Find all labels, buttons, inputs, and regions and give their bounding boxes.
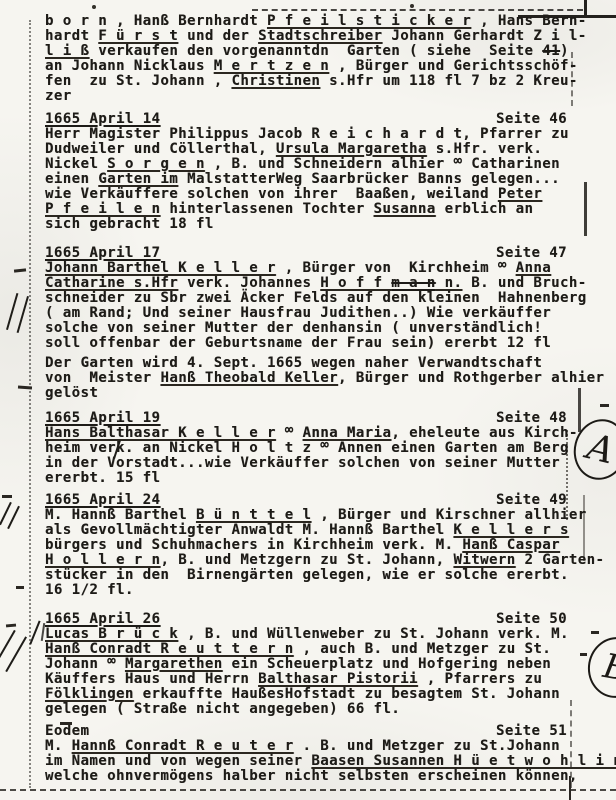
text-line: stücker in den Birnengärten gelegen, wie… xyxy=(45,568,593,583)
page-number-reference: Seite 51 xyxy=(496,724,567,739)
text-run: , B. und Wüllenweber zu St. Johann verk.… xyxy=(178,626,569,642)
text-line: im Namen und von wegen seiner Baasen Sus… xyxy=(45,754,593,769)
underlined-name: B ü n t t e l xyxy=(196,507,311,523)
text-run: soll offenbar der Geburtsname der Frau s… xyxy=(45,335,551,351)
text-run: , B. und Schneidern alhier xyxy=(205,156,454,172)
text-run: . B. und Metzger zu St.Johann xyxy=(294,738,560,754)
underlined-name: Hanß Theobald Keller xyxy=(160,370,338,386)
text-line: P f e i l e n hinterlassenen Tochter Sus… xyxy=(45,202,593,217)
text-line: welche ohnvermögens halber nicht selbste… xyxy=(45,769,593,784)
text-run: von Meister xyxy=(45,370,160,386)
underlined-name: H o f f xyxy=(320,275,391,291)
text-run: Nickel xyxy=(45,156,107,172)
underlined-name: Margarethen xyxy=(125,656,223,672)
text-run: 16 1/2 fl. xyxy=(45,582,134,598)
text-run: einen xyxy=(45,171,98,187)
underlined-name: F ü r s t xyxy=(98,28,178,44)
underlined-name: H o l l e r n xyxy=(45,552,160,568)
typewritten-text-block: b o r n , Hanß Bernhardt P f e i l s t i… xyxy=(45,14,593,784)
text-run xyxy=(294,425,303,441)
text-run: hardt xyxy=(45,28,98,44)
text-line: gelegen ( Straße nicht angegeben) 66 fl. xyxy=(45,702,593,717)
text-run: fen zu St. Johann , xyxy=(45,73,231,89)
text-run: s.Hfr. verk. xyxy=(427,141,542,157)
underlined-name: M e r t z e n xyxy=(214,58,329,74)
text-run: Johann Gerhardt Z i l- xyxy=(382,28,586,44)
text-line: Johann Barthel K e l l e r , Bürger von … xyxy=(45,261,593,276)
entry-seite-47-addendum: Der Garten wird 4. Sept. 1665 wegen nahe… xyxy=(45,356,593,401)
underlined-name: n. xyxy=(436,275,463,291)
text-run: solche von seiner Mutter der denhansin (… xyxy=(45,320,542,336)
scanned-document-page: b o r n , Hanß Bernhardt P f e i l s t i… xyxy=(0,0,616,800)
entry-seite-51: EodemSeite 51M. Hannß Conradt R e u t e … xyxy=(45,724,593,784)
entry-date: 1665 April 17 xyxy=(45,246,160,261)
text-run: sich gebracht 18 fl xyxy=(45,216,214,232)
underlined-name: Christinen xyxy=(231,73,320,89)
underlined-name: Hannß Conradt R e u t e r xyxy=(72,738,294,754)
underlined-name: P f e i l e n xyxy=(45,201,160,217)
handwritten-dash xyxy=(60,722,72,725)
text-line: b o r n , Hanß Bernhardt P f e i l s t i… xyxy=(45,14,593,29)
text-line: Fölklingen erkauffte HaußesHofstadt zu b… xyxy=(45,687,593,702)
text-line: heim verk. an Nickel H o l t z ∞ Annen e… xyxy=(45,441,593,456)
text-run: M. xyxy=(45,738,72,754)
text-line: in der Vorstadt...wie Verkäuffer solchen… xyxy=(45,456,593,471)
entry-seite-48: 1665 April 19Seite 48Hans Balthasar K e … xyxy=(45,411,593,486)
text-line: sich gebracht 18 fl xyxy=(45,217,593,232)
entry-header-line: EodemSeite 51 xyxy=(45,724,593,739)
text-line: an Johann Nicklaus M e r t z e n , Bürge… xyxy=(45,59,593,74)
handwritten-double-stroke-mark xyxy=(0,630,27,672)
text-line: ererbt. 15 fl xyxy=(45,471,593,486)
text-line: hardt F ü r s t und der Stadtschreiber J… xyxy=(45,29,593,44)
underlined-name: Garten im xyxy=(98,171,178,187)
text-run: bürgers und Schuhmachers in Kirchheim ve… xyxy=(45,537,462,553)
underlined-name: Balthasar Pistorii xyxy=(258,671,418,687)
entry-date: 1665 April 19 xyxy=(45,411,160,426)
text-run: und der xyxy=(178,28,258,44)
text-run: B. und Bruch- xyxy=(462,275,586,291)
text-line: solche von seiner Mutter der denhansin (… xyxy=(45,321,593,336)
text-run: Catharinen xyxy=(462,156,560,172)
text-line: gelöst xyxy=(45,386,593,401)
text-line: H o l l e r n, B. und Metzgern zu St. Jo… xyxy=(45,553,593,568)
marriage-symbol: ∞ xyxy=(453,154,462,169)
text-line: Catharine s.Hfr verk. Johannes H o f f m… xyxy=(45,276,593,291)
circled-letter-b-text: B xyxy=(600,646,616,690)
handwritten-dash xyxy=(2,495,12,498)
underlined-name: Ursula Margaretha xyxy=(276,141,427,157)
entry-header-line: 1665 April 17Seite 47 xyxy=(45,246,593,261)
text-line: Hanß Conradt R e u t t e r n , auch B. u… xyxy=(45,642,593,657)
text-run: Käuffers Haus und Herrn xyxy=(45,671,258,687)
text-line: soll offenbar der Geburtsname der Frau s… xyxy=(45,336,593,351)
text-run: , Bürger und Kirschner allhier xyxy=(311,507,586,523)
underlined-name: Johann Barthel K e l l e r xyxy=(45,260,276,276)
text-run xyxy=(276,425,285,441)
top-edge-dashed-line xyxy=(252,9,583,11)
underlined-name: Witwern xyxy=(453,552,515,568)
text-line: Der Garten wird 4. Sept. 1665 wegen nahe… xyxy=(45,356,593,371)
bottom-edge-dashed-line xyxy=(0,789,616,791)
text-run: 2 Garten- xyxy=(516,552,605,568)
underlined-name: Anna Maria xyxy=(303,425,392,441)
underlined-name: K e l l e r s xyxy=(453,522,568,538)
text-run: ein Scheuerplatz und Hofgering neben xyxy=(223,656,552,672)
text-run: ererbt. 15 fl xyxy=(45,470,160,486)
text-line: schneider zu Sbr zwei Äcker Felds auf de… xyxy=(45,291,593,306)
entry-continuation-top: b o r n , Hanß Bernhardt P f e i l s t i… xyxy=(45,14,593,104)
text-run: gelöst xyxy=(45,385,98,401)
underlined-name: Hanß Caspar xyxy=(462,537,560,553)
underlined-name: Stadtschreiber xyxy=(258,28,382,44)
handwritten-slash-mark xyxy=(29,621,40,645)
underlined-name: Peter xyxy=(498,186,542,202)
underlined-name: l i ß xyxy=(45,43,89,59)
text-line: M. Hannß Barthel B ü n t t e l , Bürger … xyxy=(45,508,593,523)
page-number-reference: Seite 48 xyxy=(496,411,567,426)
text-run: hinterlassenen Tochter xyxy=(160,201,373,217)
text-run: ) xyxy=(560,43,569,59)
circled-letter-a-text: A xyxy=(583,426,616,472)
text-run: gelegen ( Straße nicht angegeben) 66 fl. xyxy=(45,701,400,717)
handwritten-dash xyxy=(591,631,599,634)
page-number-reference: Seite 46 xyxy=(496,112,567,127)
underlined-name: Fölklingen xyxy=(45,686,134,702)
text-run: stücker in den Birnengärten gelegen, wie… xyxy=(45,567,569,583)
text-line: Lucas B r ü c k , B. und Wüllenweber zu … xyxy=(45,627,593,642)
ink-speck xyxy=(410,4,414,8)
text-line: Dudweiler und Cöllerthal, Ursula Margare… xyxy=(45,142,593,157)
underlined-name: P f e i l s t i c k e r xyxy=(267,13,471,29)
handwritten-dash xyxy=(14,268,26,272)
text-run: in der Vorstadt...wie Verkäuffer solchen… xyxy=(45,455,560,471)
text-line: bürgers und Schuhmachers in Kirchheim ve… xyxy=(45,538,593,553)
text-run: , Hans Bern- xyxy=(471,13,586,29)
text-run: ( am Rand; Und seiner Hausfrau Judithen.… xyxy=(45,305,551,321)
text-run xyxy=(507,260,516,276)
text-run: Johann xyxy=(45,656,107,672)
ink-speck xyxy=(92,5,96,9)
text-run: , Bürger von Kirchheim xyxy=(276,260,498,276)
entry-date: 1665 April 24 xyxy=(45,493,160,508)
text-line: als Gevollmächtigter Anwaldt M. Hannß Ba… xyxy=(45,523,593,538)
text-run: an Johann Nicklaus xyxy=(45,58,214,74)
entry-date: Eodem xyxy=(45,724,89,739)
text-line: Hans Balthasar K e l l e r ∞ Anna Maria,… xyxy=(45,426,593,441)
handwritten-double-stroke-mark xyxy=(0,502,20,529)
text-run: heim verk. an Nickel H o l t z xyxy=(45,440,320,456)
entry-header-line: 1665 April 26Seite 50 xyxy=(45,612,593,627)
handwritten-dash xyxy=(600,404,609,407)
text-run: b o r n , Hanß Bernhardt xyxy=(45,13,267,29)
text-run: welche ohnvermögens halber nicht selbste… xyxy=(45,768,578,784)
text-run: verkaufen den vorgenanntdn Garten ( sieh… xyxy=(89,43,542,59)
text-line: zer xyxy=(45,89,593,104)
text-line: 16 1/2 fl. xyxy=(45,583,593,598)
text-run: 41 xyxy=(542,43,560,59)
text-line: Nickel S o r g e n , B. und Schneidern a… xyxy=(45,157,593,172)
entry-date: 1665 April 26 xyxy=(45,612,160,627)
entry-seite-50: 1665 April 26Seite 50Lucas B r ü c k , B… xyxy=(45,612,593,717)
underlined-name: m a n xyxy=(391,275,435,291)
entry-header-line: 1665 April 19Seite 48 xyxy=(45,411,593,426)
text-run: Annen einen Garten am Berg xyxy=(329,440,569,456)
handwritten-double-stroke-mark xyxy=(6,293,29,333)
handwritten-dash xyxy=(580,653,587,656)
text-run: Herr Magister Philippus Jacob R e i c h … xyxy=(45,126,569,142)
text-line: M. Hannß Conradt R e u t e r . B. und Me… xyxy=(45,739,593,754)
underlined-name: Hanß Conradt R e u t t e r n xyxy=(45,641,294,657)
underlined-name: Catharine s.Hfr xyxy=(45,275,178,291)
handwritten-dash xyxy=(18,386,32,389)
text-run: MalstatterWeg Saarbrücker Banns gelegen.… xyxy=(178,171,560,187)
text-line: wie Verkäuffere solchen von ihrer Baaßen… xyxy=(45,187,593,202)
text-run: , B. und Metzgern zu St. Johann, xyxy=(160,552,453,568)
text-line: fen zu St. Johann , Christinen s.Hfr um … xyxy=(45,74,593,89)
text-run: erkauffte HaußesHofstadt zu besagtem St.… xyxy=(134,686,560,702)
text-run: , auch B. und Metzger zu St. xyxy=(294,641,551,657)
entry-seite-49: 1665 April 24Seite 49M. Hannß Barthel B … xyxy=(45,493,593,598)
underlined-name: Lucas B r ü c k xyxy=(45,626,178,642)
text-line: Herr Magister Philippus Jacob R e i c h … xyxy=(45,127,593,142)
text-run: zer xyxy=(45,88,72,104)
text-run xyxy=(116,656,125,672)
entry-header-line: 1665 April 24Seite 49 xyxy=(45,493,593,508)
marriage-symbol: ∞ xyxy=(320,438,329,453)
text-run: s.Hfr um 118 fl 7 bz 2 Kreu- xyxy=(320,73,577,89)
entry-seite-46: 1665 April 14Seite 46Herr Magister Phili… xyxy=(45,112,593,232)
text-run: erblich an xyxy=(436,201,534,217)
handwritten-dash xyxy=(6,624,16,627)
left-margin-guide-line xyxy=(29,20,31,788)
text-line: ( am Rand; Und seiner Hausfrau Judithen.… xyxy=(45,306,593,321)
text-run: schneider zu Sbr zwei Äcker Felds auf de… xyxy=(45,290,587,306)
text-run: Dudweiler und Cöllerthal, xyxy=(45,141,276,157)
text-run: , Pfarrers zu xyxy=(418,671,542,687)
text-run: , Bürger und Gerichtsschöf- xyxy=(329,58,578,74)
text-run: im Namen und von wegen seiner xyxy=(45,753,311,769)
entry-seite-47: 1665 April 17Seite 47Johann Barthel K e … xyxy=(45,246,593,351)
underlined-name: S o r g e n xyxy=(107,156,205,172)
entry-header-line: 1665 April 14Seite 46 xyxy=(45,112,593,127)
marriage-symbol: ∞ xyxy=(107,654,116,669)
underlined-name: Baasen Susannen H ü e t w o h l i n xyxy=(311,753,616,769)
underlined-name: Susanna xyxy=(374,201,436,217)
text-line: Johann ∞ Margarethen ein Scheuerplatz un… xyxy=(45,657,593,672)
page-number-reference: Seite 50 xyxy=(496,612,567,627)
text-line: l i ß verkaufen den vorgenanntdn Garten … xyxy=(45,44,593,59)
marriage-symbol: ∞ xyxy=(498,258,507,273)
text-line: Käuffers Haus und Herrn Balthasar Pistor… xyxy=(45,672,593,687)
text-run: verk. Johannes xyxy=(178,275,320,291)
marriage-symbol: ∞ xyxy=(285,423,294,438)
text-run: M. Hannß Barthel xyxy=(45,507,196,523)
text-line: von Meister Hanß Theobald Keller, Bürger… xyxy=(45,371,593,386)
underlined-name: Hans Balthasar K e l l e r xyxy=(45,425,276,441)
text-run: Der Garten wird 4. Sept. 1665 wegen nahe… xyxy=(45,355,542,371)
text-run: wie Verkäuffere solchen von ihrer Baaßen… xyxy=(45,186,498,202)
text-run: , eheleute aus Kirch- xyxy=(391,425,577,441)
handwritten-dash xyxy=(16,586,24,589)
underlined-name: Anna xyxy=(516,260,552,276)
page-number-reference: Seite 49 xyxy=(496,493,567,508)
text-run: als Gevollmächtigter Anwaldt M. Hannß Ba… xyxy=(45,522,453,538)
entry-date: 1665 April 14 xyxy=(45,112,160,127)
text-run: , Bürger und Rothgerber alhier xyxy=(338,370,604,386)
text-line: einen Garten im MalstatterWeg Saarbrücke… xyxy=(45,172,593,187)
